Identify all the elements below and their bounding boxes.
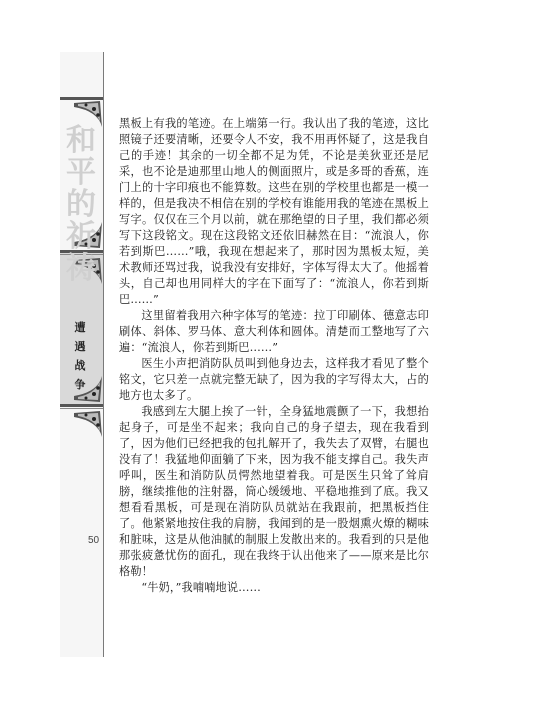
- chapter-title-char: 遇: [75, 337, 86, 356]
- body-text: 黑板上有我的笔迹。在上端第一行。我认出了我的笔迹，这比照镜子还要清晰，还要令人不…: [119, 116, 429, 596]
- book-title: 和 平 的 祈 祷: [63, 125, 99, 285]
- book-title-char: 的: [66, 189, 96, 221]
- band-bottom-rule: [60, 404, 104, 409]
- ornament-corner-icon: [74, 411, 102, 439]
- paragraph: 这里留着我用六种字体写的笔迹：拉丁印刷体、德意志印刷体、斜体、罗马体、意大利体和…: [119, 308, 429, 356]
- book-title-char: 祷: [66, 253, 96, 285]
- sidebar-top-rule: [60, 97, 104, 100]
- paragraph: 医生小声把消防队员叫到他身边去，这样我才看见了整个铭文，它只差一点就完整无缺了，…: [119, 356, 429, 404]
- book-title-char: 平: [66, 157, 96, 189]
- paragraph: “牛奶，”我喃喃地说……: [119, 580, 429, 596]
- chapter-title-char: 战: [75, 356, 86, 375]
- paragraph: 黑板上有我的笔迹。在上端第一行。我认出了我的笔迹，这比照镜子还要清晰，还要令人不…: [119, 116, 429, 308]
- chapter-title-char: 争: [75, 375, 86, 394]
- margin-vertical-rule: [103, 52, 104, 657]
- book-title-char: 和: [66, 125, 96, 157]
- chapter-title: 遭 遇 战 争: [70, 318, 90, 394]
- book-title-char: 祈: [66, 221, 96, 253]
- page-number: 50: [88, 535, 99, 546]
- paragraph: 我感到左大腿上挨了一针，全身猛地震颤了一下，我想抬起身子，可是坐不起来；我向自己…: [119, 404, 429, 580]
- chapter-title-char: 遭: [75, 318, 86, 337]
